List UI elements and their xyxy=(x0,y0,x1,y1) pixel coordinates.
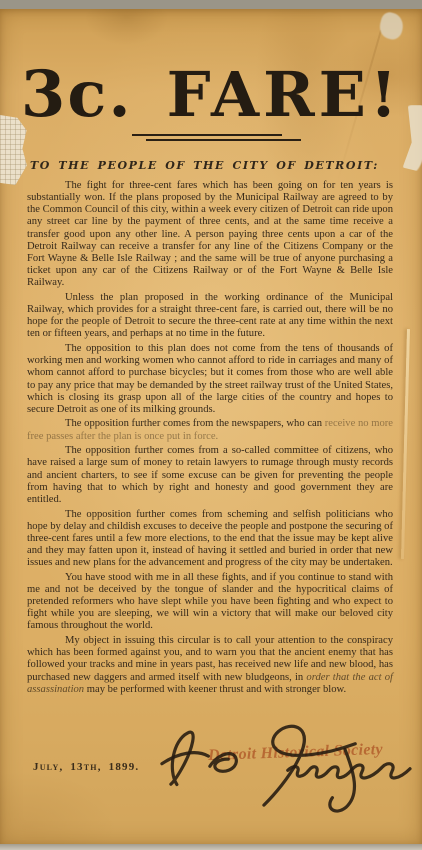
salutation: TO THE PEOPLE OF THE CITY OF DETROIT: xyxy=(30,159,379,172)
body-text: The fight for three-cent fares which has… xyxy=(27,180,393,698)
paragraph: My object in issuing this circular is to… xyxy=(27,635,393,696)
paragraph: The fight for three-cent fares which has… xyxy=(27,180,393,289)
scan-edge-top xyxy=(0,0,422,9)
headline: 3c.FARE! xyxy=(0,57,422,132)
paragraph: Unless the plan proposed in the working … xyxy=(27,292,393,341)
paragraph-tail: may be performed with keener thrust and … xyxy=(84,684,346,695)
scan-edge-bottom xyxy=(0,844,422,850)
scanned-flyer: 3c.FARE! TO THE PEOPLE OF THE CITY OF DE… xyxy=(0,0,422,850)
paragraph: The opposition further comes from the ne… xyxy=(27,418,393,442)
headline-underline-top xyxy=(132,134,282,136)
signature xyxy=(146,711,419,820)
tape-patch-top-right xyxy=(377,11,406,42)
dateline: July, 13th, 1899. xyxy=(33,761,139,773)
paragraph: You have stood with me in all these figh… xyxy=(27,572,393,633)
headline-word: FARE! xyxy=(167,58,402,131)
paper: 3c.FARE! TO THE PEOPLE OF THE CITY OF DE… xyxy=(0,9,422,844)
paragraph: The opposition further comes from a so-c… xyxy=(27,445,393,506)
paragraph-lead: The opposition further comes from the ne… xyxy=(65,418,325,429)
headline-price: 3c. xyxy=(21,57,133,132)
paragraph: The opposition further comes from schemi… xyxy=(27,509,393,570)
headline-underline-bottom xyxy=(146,139,301,141)
paragraph: The opposition to this plan does not com… xyxy=(27,343,393,416)
paper-crease xyxy=(401,329,410,559)
